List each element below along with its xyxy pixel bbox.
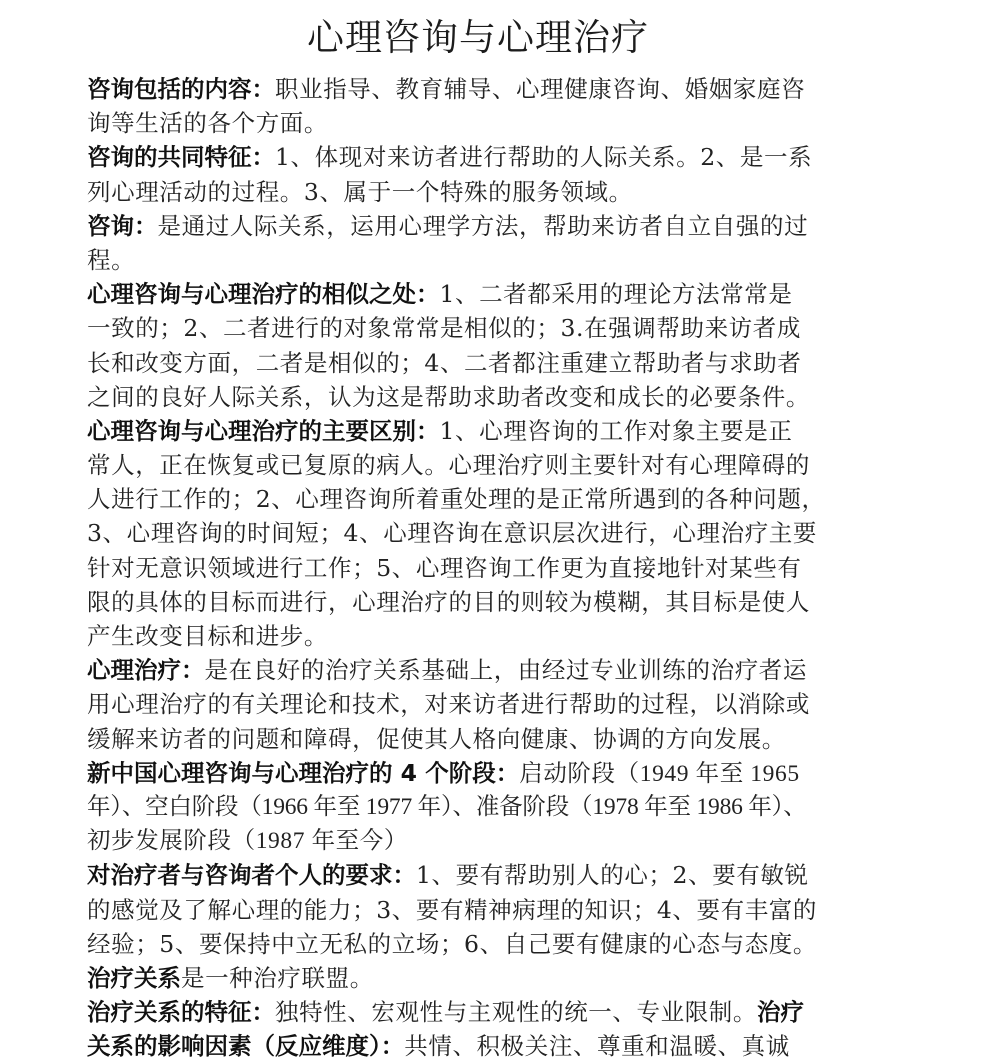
section-four-stages: 新中国心理咨询与心理治疗的 4 个阶段：启动阶段（1949 年至 1965 年）…: [87, 756, 877, 859]
document-page: 心理咨询与心理治疗 咨询包括的内容：职业指导、教育辅导、心理健康咨询、婚姻家庭咨…: [0, 0, 996, 1059]
section-text: 职业指导、教育辅导、心理健康咨询、婚姻家庭咨: [275, 75, 805, 103]
text-line: 治疗关系是一种治疗联盟。: [87, 961, 877, 995]
text-line: 新中国心理咨询与心理治疗的 4 个阶段：启动阶段（1949 年至 1965: [87, 756, 877, 790]
text-line: 一致的；2、二者进行的对象常常是相似的；3.在强调帮助来访者成: [87, 311, 877, 345]
section-heading: 咨询包括的内容：: [87, 75, 275, 103]
text-line: 常人，正在恢复或已复原的病人。心理治疗则主要针对有心理障碍的: [87, 448, 877, 482]
section-text: 是在良好的治疗关系基础上，由经过专业训练的治疗者运: [205, 656, 808, 684]
text-line: 产生改变目标和进步。: [87, 619, 877, 653]
section-consultation-definition: 咨询：是通过人际关系，运用心理学方法，帮助来访者自立自强的过 程。: [87, 209, 877, 277]
text-line: 长和改变方面，二者是相似的；4、二者都注重建立帮助者与求助者: [87, 346, 877, 380]
section-heading: 治疗关系: [87, 964, 181, 992]
section-heading-inline: 治疗: [757, 998, 804, 1026]
text-line: 之间的良好人际关系，认为这是帮助求助者改变和成长的必要条件。: [87, 380, 877, 414]
text-line: 心理咨询与心理治疗的相似之处：1、二者都采用的理论方法常常是: [87, 277, 877, 311]
text-line: 的感觉及了解心理的能力；3、要有精神病理的知识；4、要有丰富的: [87, 893, 877, 927]
section-heading: 对治疗者与咨询者个人的要求：: [87, 861, 416, 889]
section-heading: 心理咨询与心理治疗的主要区别：: [87, 417, 440, 445]
text-line: 心理咨询与心理治疗的主要区别：1、心理咨询的工作对象主要是正: [87, 414, 877, 448]
document-body: 咨询包括的内容：职业指导、教育辅导、心理健康咨询、婚姻家庭咨 询等生活的各个方面…: [87, 72, 877, 1059]
section-consultation-content: 咨询包括的内容：职业指导、教育辅导、心理健康咨询、婚姻家庭咨 询等生活的各个方面…: [87, 72, 877, 140]
section-text: 1、体现对来访者进行帮助的人际关系。2、是一系: [275, 143, 812, 171]
text-line: 心理治疗：是在良好的治疗关系基础上，由经过专业训练的治疗者运: [87, 653, 877, 687]
section-consultation-common-features: 咨询的共同特征：1、体现对来访者进行帮助的人际关系。2、是一系 列心理活动的过程…: [87, 140, 877, 208]
text-line: 治疗关系的特征：独特性、宏观性与主观性的统一、专业限制。治疗: [87, 995, 877, 1029]
section-text: 是通过人际关系，运用心理学方法，帮助来访者自立自强的过: [158, 212, 809, 240]
text-line: 咨询包括的内容：职业指导、教育辅导、心理健康咨询、婚姻家庭咨: [87, 72, 877, 106]
text-line: 人进行工作的；2、心理咨询所着重处理的是正常所遇到的各种问题，: [87, 482, 877, 516]
text-line: 询等生活的各个方面。: [87, 106, 877, 140]
section-therapeutic-relationship: 治疗关系是一种治疗联盟。: [87, 961, 877, 995]
section-personal-requirements: 对治疗者与咨询者个人的要求：1、要有帮助别人的心；2、要有敏锐 的感觉及了解心理…: [87, 858, 877, 961]
section-heading-continued: 关系的影响因素（反应维度）：: [87, 1032, 404, 1059]
text-line: 咨询的共同特征：1、体现对来访者进行帮助的人际关系。2、是一系: [87, 140, 877, 174]
document-title: 心理咨询与心理治疗: [0, 14, 956, 62]
section-heading: 治疗关系的特征：: [87, 998, 275, 1026]
section-psychotherapy-definition: 心理治疗：是在良好的治疗关系基础上，由经过专业训练的治疗者运 用心理治疗的有关理…: [87, 653, 877, 756]
text-line: 咨询：是通过人际关系，运用心理学方法，帮助来访者自立自强的过: [87, 209, 877, 243]
section-main-differences: 心理咨询与心理治疗的主要区别：1、心理咨询的工作对象主要是正 常人，正在恢复或已…: [87, 414, 877, 653]
text-line: 对治疗者与咨询者个人的要求：1、要有帮助别人的心；2、要有敏锐: [87, 858, 877, 892]
text-line: 初步发展阶段（1987 年至今）: [87, 824, 877, 858]
section-text: 启动阶段（1949 年至 1965: [519, 761, 799, 787]
text-line: 关系的影响因素（反应维度）：共情、积极关注、尊重和温暖、真诚: [87, 1029, 877, 1059]
section-relationship-features: 治疗关系的特征：独特性、宏观性与主观性的统一、专业限制。治疗 关系的影响因素（反…: [87, 995, 877, 1059]
section-text: 是一种治疗联盟。: [181, 964, 374, 992]
text-line: 3、心理咨询的时间短；4、心理咨询在意识层次进行，心理治疗主要: [87, 516, 877, 550]
section-heading: 新中国心理咨询与心理治疗的 4 个阶段：: [87, 759, 519, 787]
section-text: 独特性、宏观性与主观性的统一、专业限制。: [275, 998, 757, 1026]
section-text: 1、要有帮助别人的心；2、要有敏锐: [416, 861, 809, 889]
text-line: 年）、空白阶段（1966 年至 1977 年）、准备阶段（1978 年至 198…: [87, 790, 877, 824]
text-line: 列心理活动的过程。3、属于一个特殊的服务领域。: [87, 175, 877, 209]
text-line: 用心理治疗的有关理论和技术，对来访者进行帮助的过程，以消除或: [87, 687, 877, 721]
section-heading: 咨询的共同特征：: [87, 143, 275, 171]
section-text: 1、心理咨询的工作对象主要是正: [440, 417, 793, 445]
section-text: 1、二者都采用的理论方法常常是: [440, 280, 793, 308]
section-heading: 心理治疗：: [87, 656, 205, 684]
section-similarities: 心理咨询与心理治疗的相似之处：1、二者都采用的理论方法常常是 一致的；2、二者进…: [87, 277, 877, 414]
text-line: 缓解来访者的问题和障碍，促使其人格向健康、协调的方向发展。: [87, 722, 877, 756]
section-heading: 咨询：: [87, 212, 158, 240]
text-line: 程。: [87, 243, 877, 277]
text-line: 经验；5、要保持中立无私的立场；6、自己要有健康的心态与态度。: [87, 927, 877, 961]
section-text: 共情、积极关注、尊重和温暖、真诚: [404, 1032, 790, 1059]
text-line: 针对无意识领域进行工作；5、心理咨询工作更为直接地针对某些有: [87, 551, 877, 585]
section-heading: 心理咨询与心理治疗的相似之处：: [87, 280, 440, 308]
text-line: 限的具体的目标而进行，心理治疗的目的则较为模糊，其目标是使人: [87, 585, 877, 619]
